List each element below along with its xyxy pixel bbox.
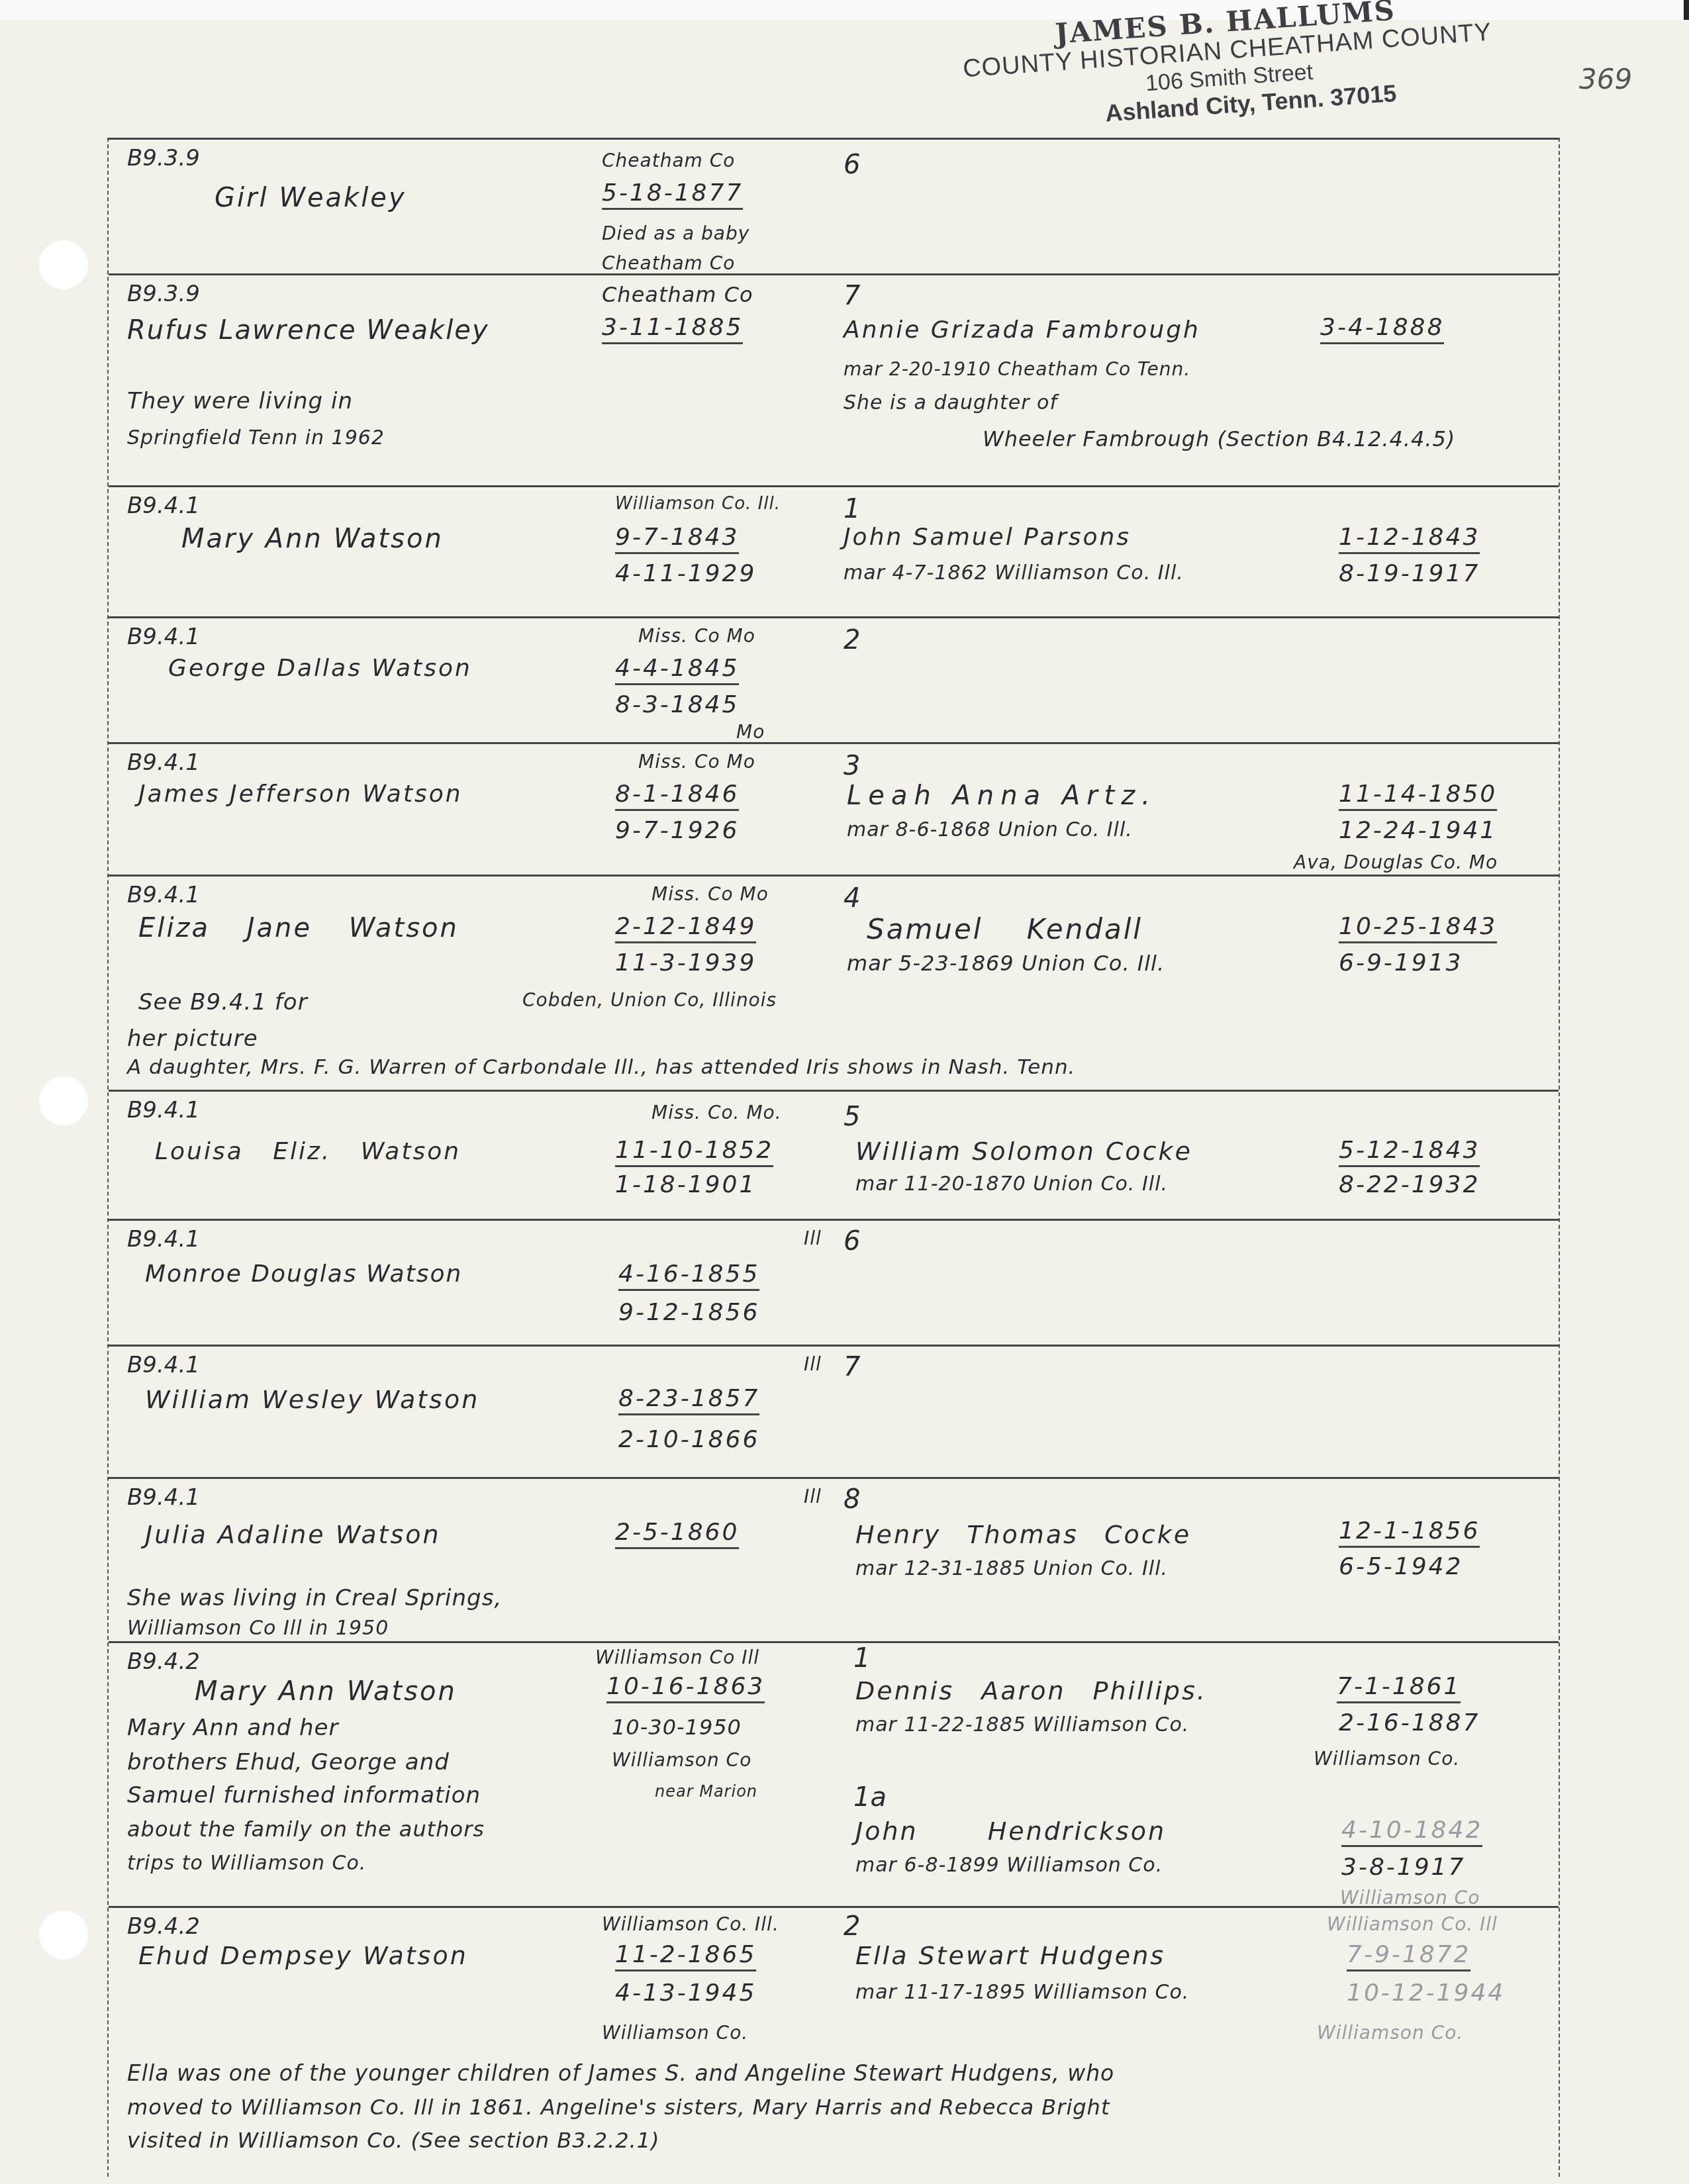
spouse-death-date: 6-5-1942 — [1339, 1553, 1463, 1580]
birth-place: Miss. Co. Mo. — [651, 1102, 782, 1123]
child-number: 1 — [853, 1643, 870, 1674]
death-place: Williamson Co. — [602, 2022, 748, 2044]
death-place: Williamson Co — [612, 1749, 751, 1771]
marriage-record: mar 8-6-1868 Union Co. Ill. — [847, 818, 1133, 841]
spouse-death-date: 8-22-1932 — [1339, 1171, 1480, 1198]
birth-place: Miss. Co Mo — [638, 751, 755, 773]
footnote: moved to Williamson Co. Ill in 1861. Ang… — [127, 2095, 1110, 2120]
person-name: Monroe Douglas Watson — [145, 1260, 462, 1288]
birth-place: Cheatham Co — [602, 150, 735, 171]
death-place: Cheatham Co — [602, 252, 735, 274]
ledger-entry: B9.3.9 Rufus Lawrence Weakley Cheatham C… — [109, 273, 1559, 487]
entry-note: brothers Ehud, George and — [127, 1749, 450, 1776]
entry-code: B9.3.9 — [127, 145, 200, 171]
entry-code: B9.4.1 — [127, 493, 200, 519]
binder-hole — [38, 1910, 89, 1960]
death-date: 4-11-1929 — [615, 560, 756, 587]
marriage-record: mar 2-20-1910 Cheatham Co Tenn. — [844, 358, 1190, 380]
entry-note: Springfield Tenn in 1962 — [127, 426, 385, 450]
ledger-entry: B9.4.1 William Wesley Watson Ill 8-23-18… — [109, 1345, 1559, 1479]
child-number: 2 — [844, 625, 860, 655]
child-number: 6 — [844, 1226, 860, 1257]
genealogy-ledger: B9.3.9 Girl Weakley Cheatham Co 5-18-187… — [107, 138, 1560, 2177]
death-place: Cobden, Union Co, Illinois — [522, 989, 777, 1011]
birth-date: 2-12-1849 — [615, 913, 756, 943]
spouse-name: Annie Grizada Fambrough — [844, 316, 1200, 344]
entry-note: about the family on the authors — [127, 1817, 485, 1842]
entry-code: B9.4.1 — [127, 1226, 200, 1253]
spouse-death-place: Ava, Douglas Co. Mo — [1294, 851, 1498, 873]
birth-date: 11-2-1865 — [615, 1941, 756, 1971]
spouse-death-date: 12-24-1941 — [1339, 817, 1497, 844]
entry-code: B9.4.1 — [127, 1352, 200, 1378]
spouse-birth-date: 10-25-1843 — [1339, 913, 1497, 943]
spouse-name: Ella Stewart Hudgens — [855, 1941, 1165, 1970]
person-name: Louisa Eliz. Watson — [155, 1138, 461, 1165]
person-name: James Jefferson Watson — [138, 781, 463, 808]
spouse-birth-date: 5-12-1843 — [1339, 1137, 1480, 1167]
birth-place: Miss. Co Mo — [638, 625, 755, 647]
entry-code: B9.4.1 — [127, 749, 200, 776]
birth-place: Miss. Co Mo — [651, 883, 769, 905]
spouse-death-date: 8-19-1917 — [1339, 560, 1480, 587]
entry-note: They were living in — [127, 388, 353, 414]
entry-note: Samuel furnished information — [127, 1782, 481, 1809]
spouse-death-date: 2-16-1887 — [1339, 1709, 1480, 1736]
entry-note: Williamson Co Ill in 1950 — [127, 1617, 389, 1640]
child-number: 7 — [844, 281, 860, 311]
person-name: George Dallas Watson — [168, 655, 472, 682]
entry-note: her picture — [127, 1025, 258, 1052]
spouse-parent-note: Wheeler Fambrough (Section B4.12.4.4.5) — [983, 426, 1455, 451]
ledger-entry: B9.4.1 George Dallas Watson Miss. Co Mo … — [109, 616, 1559, 744]
child-number: 1 — [844, 494, 860, 524]
death-date: 1-18-1901 — [615, 1171, 756, 1198]
ledger-entry: B9.3.9 Girl Weakley Cheatham Co 5-18-187… — [109, 138, 1559, 275]
ledger-entry: B9.4.1 Julia Adaline Watson Ill 2-5-1860… — [109, 1477, 1559, 1643]
marriage-record: mar 11-17-1895 Williamson Co. — [855, 1981, 1189, 2004]
entry-note: See B9.4.1 for — [138, 989, 308, 1016]
spouse-birth-date: 12-1-1856 — [1339, 1517, 1480, 1548]
death-date: 11-3-1939 — [615, 949, 756, 976]
ledger-entry: B9.4.1 James Jefferson Watson Miss. Co M… — [109, 742, 1559, 877]
spouse-birth-date: 11-14-1850 — [1339, 781, 1497, 811]
child-number: 8 — [844, 1484, 860, 1515]
person-name: William Wesley Watson — [145, 1385, 479, 1414]
spouse-death-date: 6-9-1913 — [1339, 949, 1463, 976]
spouse-name: William Solomon Cocke — [855, 1137, 1192, 1166]
spouse-name: John Hendrickson — [855, 1817, 1166, 1846]
spouse-name: John Samuel Parsons — [844, 524, 1131, 551]
person-name: Eliza Jane Watson — [138, 913, 459, 943]
death-date: 8-3-1845 — [615, 691, 739, 718]
ledger-entry: B9.4.2 Ehud Dempsey Watson Williamson Co… — [109, 1906, 1559, 2179]
spouse-death-date: 10-12-1944 — [1347, 1979, 1505, 2007]
entry-code: B9.4.1 — [127, 1484, 200, 1511]
birth-date: 3-11-1885 — [602, 314, 743, 344]
death-date: 2-10-1866 — [618, 1426, 759, 1453]
person-name: Julia Adaline Watson — [145, 1520, 441, 1549]
entry-note: Mary Ann and her — [127, 1715, 338, 1741]
child-number: 4 — [844, 883, 860, 914]
binder-hole — [38, 240, 89, 290]
death-place-detail: near Marion — [655, 1782, 757, 1801]
marriage-record: mar 5-23-1869 Union Co. Ill. — [847, 951, 1165, 976]
page-number: 369 — [1579, 63, 1632, 95]
child-number: 7 — [844, 1352, 860, 1382]
person-name: Mary Ann Watson — [181, 524, 444, 554]
entry-note: trips to Williamson Co. — [127, 1852, 366, 1875]
spouse-name: Dennis Aaron Phillips. — [855, 1676, 1207, 1705]
spouse-death-date: 3-8-1917 — [1341, 1854, 1465, 1881]
birth-place: Ill — [804, 1353, 822, 1375]
marriage-record: mar 12-31-1885 Union Co. Ill. — [855, 1557, 1168, 1580]
birth-date: 4-16-1855 — [618, 1260, 759, 1291]
person-name: Rufus Lawrence Weakley — [127, 315, 489, 346]
footnote: visited in Williamson Co. (See section B… — [127, 2128, 660, 2153]
entry-note: She was living in Creal Springs, — [127, 1585, 502, 1611]
spouse-name: Samuel Kendall — [867, 913, 1143, 945]
death-date: 9-12-1856 — [618, 1299, 759, 1326]
death-note: Died as a baby — [602, 222, 749, 244]
person-name: Ehud Dempsey Watson — [138, 1941, 468, 1970]
marriage-record: mar 6-8-1899 Williamson Co. — [855, 1854, 1163, 1877]
footnote: Ella was one of the younger children of … — [127, 2060, 1114, 2086]
birth-date: 8-23-1857 — [618, 1385, 759, 1415]
ledger-entry: B9.4.1 Monroe Douglas Watson Ill 4-16-18… — [109, 1219, 1559, 1347]
child-number: 6 — [844, 150, 860, 180]
birth-place: Williamson Co. Ill. — [615, 494, 781, 514]
ledger-entry: B9.4.1 Eliza Jane Watson Miss. Co Mo 2-1… — [109, 875, 1559, 1092]
death-date: 10-30-1950 — [612, 1715, 742, 1740]
death-date: 9-7-1926 — [615, 817, 739, 844]
ledger-entry: B9.4.1 Louisa Eliz. Watson Miss. Co. Mo.… — [109, 1090, 1559, 1221]
birth-date: 9-7-1843 — [615, 524, 739, 554]
birth-date: 8-1-1846 — [615, 781, 739, 811]
entry-code: B9.4.1 — [127, 1097, 200, 1123]
spouse-birth-date: 1-12-1843 — [1339, 524, 1480, 554]
entry-code: B9.4.1 — [127, 882, 200, 908]
marriage-record: mar 11-20-1870 Union Co. Ill. — [855, 1172, 1168, 1196]
spouse-birth-date: 3-4-1888 — [1320, 314, 1444, 344]
ledger-entry: B9.4.2 Mary Ann Watson Williamson Co Ill… — [109, 1641, 1559, 1908]
birth-place: Williamson Co Ill — [595, 1646, 759, 1668]
entry-code: B9.4.1 — [127, 624, 200, 650]
child-number: 2 — [844, 1911, 860, 1942]
spouse-birth-date: 4-10-1842 — [1341, 1817, 1482, 1847]
historian-stamp: JAMES B. HALLUMS COUNTY HISTORIAN CHEATH… — [927, 0, 1529, 140]
death-date: 4-13-1945 — [615, 1979, 756, 2007]
person-name: Girl Weakley — [215, 183, 407, 213]
birth-place: Williamson Co. Ill. — [602, 1913, 779, 1935]
birth-date: 5-18-1877 — [602, 179, 743, 210]
spouse-birth-date: 7-9-1872 — [1347, 1941, 1471, 1971]
death-place: Mo — [736, 721, 765, 743]
marriage-record: mar 11-22-1885 Williamson Co. — [855, 1713, 1189, 1736]
birth-date: 2-5-1860 — [615, 1519, 739, 1549]
spouse-death-place: Williamson Co. — [1317, 2022, 1463, 2044]
ledger-entry: B9.4.1 Mary Ann Watson Williamson Co. Il… — [109, 485, 1559, 618]
binder-hole — [38, 1076, 89, 1126]
spouse-name: Henry Thomas Cocke — [855, 1520, 1191, 1549]
spouse-birth-place: Williamson Co. Ill — [1327, 1913, 1498, 1935]
birth-date: 11-10-1852 — [615, 1137, 773, 1167]
entry-note: A daughter, Mrs. F. G. Warren of Carbond… — [127, 1055, 1075, 1079]
child-number: 5 — [844, 1102, 860, 1132]
spouse-birth-date: 7-1-1861 — [1337, 1673, 1461, 1703]
birth-place: Cheatham Co — [602, 282, 753, 307]
birth-date: 4-4-1845 — [615, 655, 739, 685]
entry-code: B9.4.2 — [127, 1648, 200, 1675]
marriage-record: mar 4-7-1862 Williamson Co. Ill. — [844, 561, 1184, 585]
child-number: 3 — [844, 751, 860, 781]
spouse-name: Leah Anna Artz. — [847, 781, 1157, 811]
person-name: Mary Ann Watson — [195, 1676, 457, 1707]
entry-code: B9.4.2 — [127, 1913, 200, 1940]
birth-place: Ill — [804, 1486, 822, 1507]
scan-edge — [1684, 0, 1689, 20]
birth-date: 10-16-1863 — [606, 1673, 765, 1703]
birth-place: Ill — [804, 1227, 822, 1249]
child-number: 1a — [853, 1782, 887, 1813]
spouse-death-place: Williamson Co. — [1314, 1748, 1460, 1770]
entry-code: B9.3.9 — [127, 281, 200, 307]
spouse-note: She is a daughter of — [844, 391, 1057, 414]
